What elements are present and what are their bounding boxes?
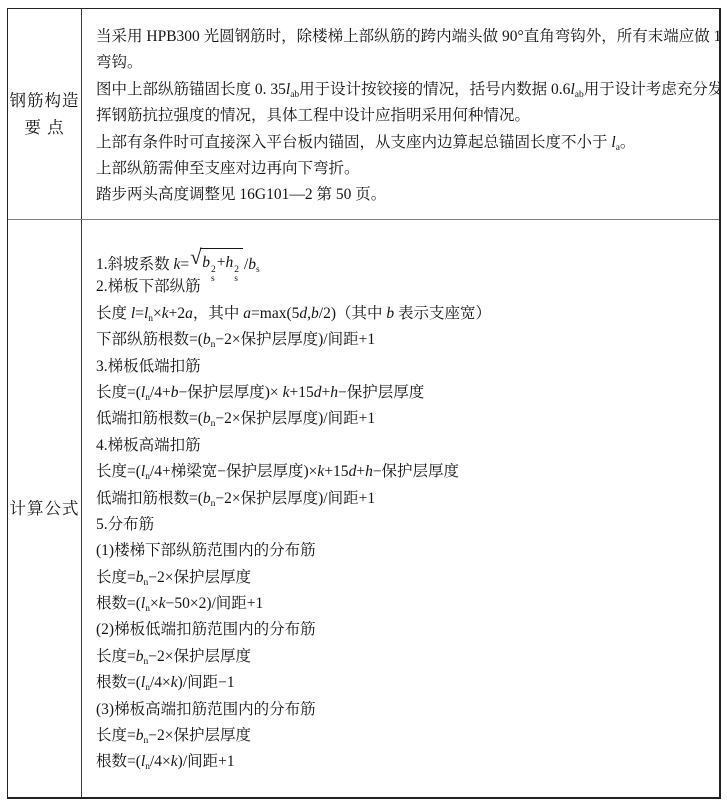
formula-line: 长度=bn−2×保护层厚度: [96, 644, 715, 670]
formula-line: 1.斜坡系数 k=√b2s+h2s/bs: [96, 248, 715, 274]
note-line: 弯钩。: [96, 50, 715, 76]
formula-line: 长度=(ln/4+b−保护层厚度)× k+15d+h−保护层厚度: [96, 380, 715, 406]
formula-line: 根数=(ln/4×k)/间距+1: [96, 749, 715, 775]
note-line: 图中上部纵筋锚固长度 0. 35lab用于设计按铰接的情况，括号内数据 0.6l…: [96, 77, 715, 103]
formula-line: 根数=(ln/4×k)/间距−1: [96, 670, 715, 696]
note-line: 上部纵筋需伸至支座对边再向下弯折。: [96, 156, 715, 182]
formula-line: 3.梯板低端扣筋: [96, 354, 715, 380]
note-line: 挥钢筋抗拉强度的情况，具体工程中设计应指明采用何种情况。: [96, 103, 715, 129]
formula-line: 根数=(ln×k−50×2)/间距+1: [96, 591, 715, 617]
spec-table: 钢筋构造 要 点 当采用 HPB300 光圆钢筋时，除楼梯上部纵筋的跨内端头做 …: [7, 8, 721, 799]
formula-line: 2.梯板下部纵筋: [96, 274, 715, 300]
note-line: 踏步两头高度调整见 16G101—2 第 50 页。: [96, 182, 715, 208]
formula-line: 下部纵筋根数=(bn−2×保护层厚度)/间距+1: [96, 327, 715, 353]
formula-line: 长度=bn−2×保护层厚度: [96, 565, 715, 591]
formula-line: 低端扣筋根数=(bn−2×保护层厚度)/间距+1: [96, 406, 715, 432]
row-rebar-construction-notes: 钢筋构造 要 点 当采用 HPB300 光圆钢筋时，除楼梯上部纵筋的跨内端头做 …: [8, 9, 719, 220]
formula-line: (2)梯板低端扣筋范围内的分布筋: [96, 617, 715, 643]
formula-line: 4.梯板高端扣筋: [96, 433, 715, 459]
formula-line: 长度 l=ln×k+2a，其中 a=max(5d,b/2)（其中 b 表示支座宽…: [96, 301, 715, 327]
row-header-rebar-notes: 钢筋构造 要 点: [8, 9, 82, 219]
formulas-cell: 1.斜坡系数 k=√b2s+h2s/bs 2.梯板下部纵筋 长度 l=ln×k+…: [82, 220, 719, 797]
formula-line: 长度=(ln/4+梯梁宽−保护层厚度)×k+15d+h−保护层厚度: [96, 459, 715, 485]
row-header-line: 要 点: [24, 114, 64, 141]
row-header-formulas: 计算公式: [8, 220, 82, 797]
formula-line: 5.分布筋: [96, 512, 715, 538]
row-header-line: 钢筋构造: [10, 87, 80, 114]
row-calculation-formulas: 计算公式 1.斜坡系数 k=√b2s+h2s/bs 2.梯板下部纵筋 长度 l=…: [8, 220, 719, 797]
formula-line: 长度=bn−2×保护层厚度: [96, 723, 715, 749]
formula-line: (1)楼梯下部纵筋范围内的分布筋: [96, 538, 715, 564]
note-line: 上部有条件时可直接深入平台板内锚固，从支座内边算起总锚固长度不小于 la。: [96, 130, 715, 156]
row-header-line: 计算公式: [10, 495, 80, 522]
note-line: 当采用 HPB300 光圆钢筋时，除楼梯上部纵筋的跨内端头做 90°直角弯钩外，…: [96, 24, 715, 50]
radical-sign: √: [190, 247, 202, 267]
formula-line: 低端扣筋根数=(bn−2×保护层厚度)/间距+1: [96, 486, 715, 512]
notes-cell: 当采用 HPB300 光圆钢筋时，除楼梯上部纵筋的跨内端头做 90°直角弯钩外，…: [82, 9, 719, 219]
formula-line: (3)梯板高端扣筋范围内的分布筋: [96, 697, 715, 723]
